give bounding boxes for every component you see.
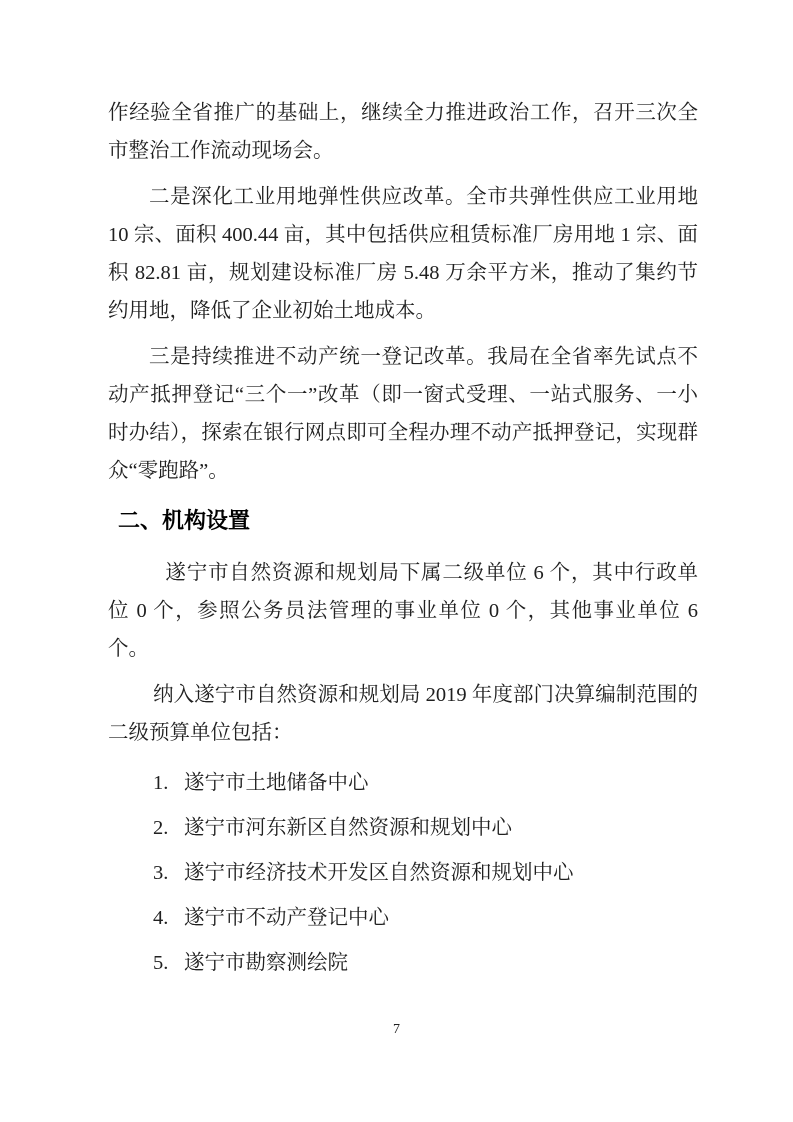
section-heading-organization-setup: 二、机构设置	[118, 506, 698, 536]
list-item-text: 遂宁市土地储备中心	[184, 772, 369, 794]
list-item-number: 5.	[153, 944, 184, 982]
list-item-number: 1.	[153, 764, 184, 802]
paragraph-real-estate-registration: 三是持续推进不动产统一登记改革。我局在全省率先试点不动产抵押登记“三个一”改革（…	[108, 338, 698, 490]
budget-units-list: 1.遂宁市土地储备中心 2.遂宁市河东新区自然资源和规划中心 3.遂宁市经济技术…	[108, 764, 698, 982]
list-item-text: 遂宁市不动产登记中心	[184, 907, 389, 929]
paragraph-subordinate-units: 遂宁市自然资源和规划局下属二级单位 6 个，其中行政单位 0 个，参照公务员法管…	[108, 554, 698, 668]
paragraph-budget-units-intro: 纳入遂宁市自然资源和规划局 2019 年度部门决算编制范围的二级预算单位包括：	[108, 676, 698, 752]
list-item: 1.遂宁市土地储备中心	[108, 764, 698, 802]
list-item-text: 遂宁市勘察测绘院	[184, 952, 348, 974]
document-page: 作经验全省推广的基础上，继续全力推进政治工作，召开三次全市整治工作流动现场会。 …	[0, 0, 793, 1122]
document-body: 作经验全省推广的基础上，继续全力推进政治工作，召开三次全市整治工作流动现场会。 …	[108, 94, 698, 989]
paragraph-continuation: 作经验全省推广的基础上，继续全力推进政治工作，召开三次全市整治工作流动现场会。	[108, 94, 698, 170]
list-item: 3.遂宁市经济技术开发区自然资源和规划中心	[108, 854, 698, 892]
list-item-number: 4.	[153, 899, 184, 937]
list-item: 2.遂宁市河东新区自然资源和规划中心	[108, 809, 698, 847]
list-item: 4.遂宁市不动产登记中心	[108, 899, 698, 937]
list-item: 5.遂宁市勘察测绘院	[108, 944, 698, 982]
list-item-text: 遂宁市经济技术开发区自然资源和规划中心	[184, 862, 574, 884]
page-number: 7	[0, 1020, 793, 1040]
list-item-text: 遂宁市河东新区自然资源和规划中心	[184, 817, 512, 839]
list-item-number: 2.	[153, 809, 184, 847]
paragraph-flexible-land-supply: 二是深化工业用地弹性供应改革。全市共弹性供应工业用地 10 宗、面积 400.4…	[108, 178, 698, 330]
list-item-number: 3.	[153, 854, 184, 892]
